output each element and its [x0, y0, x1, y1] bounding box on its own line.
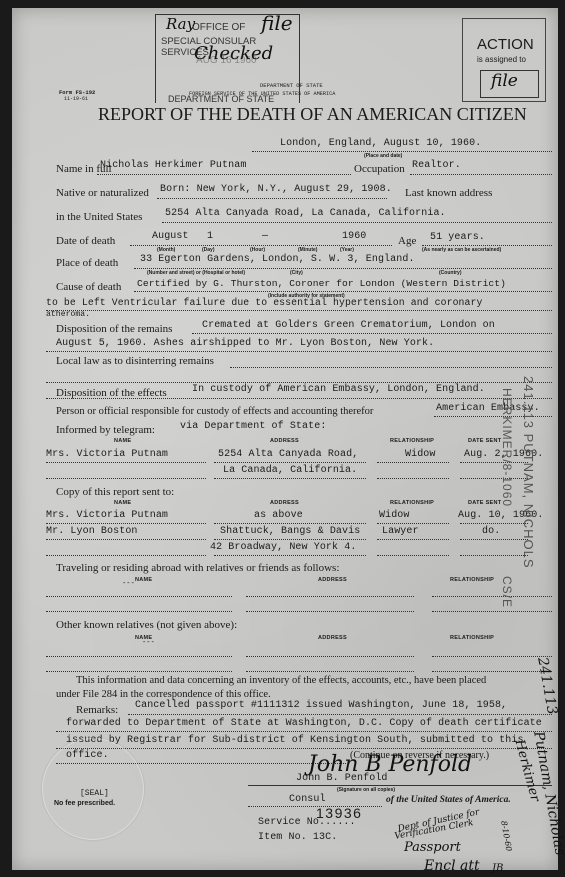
copy-name: Mr. Lyon Boston — [46, 526, 138, 537]
handwritten-checked: Checked — [194, 43, 273, 64]
copy-col-address: ADDRESS — [270, 500, 299, 506]
occupation-label: Occupation — [354, 163, 405, 175]
caption-street: (Number and street) or (Hospital or hote… — [147, 270, 245, 276]
consul-typed-name: John B. Penfold — [296, 773, 388, 784]
action-handwritten: file — [491, 71, 518, 91]
copy-name: Mrs. Victoria Putnam — [46, 510, 168, 521]
telegram-col-date: DATE SENT — [468, 438, 501, 444]
us-label: in the United States — [56, 211, 142, 223]
disposition-remains-line2: August 5, 1960. Ashes airshipped to Mr. … — [56, 338, 434, 349]
caption-age: (As nearly as can be ascertained) — [422, 247, 501, 253]
caption-day: (Day) — [202, 247, 215, 253]
copy-col-relationship: RELATIONSHIP — [390, 500, 434, 506]
handwritten-initials: JB — [492, 863, 503, 874]
other-col-relationship: RELATIONSHIP — [450, 635, 494, 641]
inventory-text-2: under File 284 in the correspondence of … — [56, 689, 271, 700]
other-col-address: ADDRESS — [318, 635, 347, 641]
traveling-col-name: NAME — [135, 577, 152, 583]
form-title: REPORT OF THE DEATH OF AN AMERICAN CITIZ… — [98, 104, 527, 125]
age-value: 51 years. — [430, 232, 485, 243]
place-of-death-value: 33 Egerton Gardens, London, S. W. 3, Eng… — [140, 254, 415, 265]
traveling-name-value: --- — [122, 580, 135, 588]
office-stamp: OFFICE OF SPECIAL CONSULAR SERVICES AUG … — [155, 14, 300, 103]
native-label: Native or naturalized — [56, 187, 149, 199]
informed-value: via Department of State: — [180, 421, 326, 432]
telegram-col-name: NAME — [114, 438, 131, 444]
place-date-value: London, England, August 10, 1960. — [280, 138, 481, 149]
disposition-remains-line1: Cremated at Golders Green Crematorium, L… — [202, 320, 495, 331]
occupation-value: Realtor. — [412, 160, 461, 171]
remarks-line3: issued by Registrar for Sub-district of … — [66, 735, 524, 746]
telegram-col-address: ADDRESS — [270, 438, 299, 444]
informed-label: Informed by telegram: — [56, 424, 155, 436]
place-of-death-label: Place of death — [56, 257, 118, 269]
death-month: August — [152, 231, 189, 242]
telegram-name: Mrs. Victoria Putnam — [46, 449, 168, 460]
form-revision: 11-19-61 — [64, 96, 88, 102]
place-date-caption: (Place and date) — [364, 153, 402, 159]
handwritten-vertical-date: 8-10-60 — [499, 820, 513, 852]
copy-col-date: DATE SENT — [468, 500, 501, 506]
other-relatives-label: Other known relatives (not given above): — [56, 619, 237, 631]
telegram-address: 5254 Alta Canyada Road, — [218, 449, 358, 460]
document-page: OFFICE OF SPECIAL CONSULAR SERVICES AUG … — [12, 8, 558, 870]
handwritten-file: file — [261, 11, 293, 35]
consul-suffix: of the United States of America. — [386, 795, 511, 805]
other-name-value: --- — [142, 639, 155, 647]
native-value: Born: New York, N.Y., August 29, 1908. — [160, 184, 392, 195]
signature-caption: (Signature on all copies) — [337, 787, 395, 793]
death-year: 1960 — [342, 231, 366, 242]
caption-country: (Country) — [439, 270, 462, 276]
copy-relationship: Lawyer — [382, 526, 419, 537]
copy-col-name: NAME — [114, 500, 131, 506]
disposition-effects-label: Disposition of the effects — [56, 387, 167, 399]
death-day: 1 — [207, 231, 213, 242]
cause-line3: atheroma. — [46, 310, 90, 319]
caption-minute: (Minute) — [298, 247, 317, 253]
cause-line2: to be Left Ventricular failure due to es… — [46, 297, 482, 308]
custody-label: Person or official responsible for custo… — [56, 406, 373, 417]
disposition-remains-label: Disposition of the remains — [56, 323, 172, 335]
item-label: Item No. 13C. — [258, 832, 337, 843]
remarks-label: Remarks: — [76, 704, 118, 716]
cause-label: Cause of death — [56, 281, 121, 293]
consul-title: Consul — [289, 794, 326, 805]
last-address-label: Last known address — [405, 187, 492, 199]
copy-address: 42 Broadway, New York 4. — [210, 542, 356, 553]
copy-relationship: Widow — [379, 510, 410, 521]
copy-date: do. — [482, 526, 500, 537]
action-stamp: ACTION is assigned to file — [462, 18, 546, 102]
traveling-label: Traveling or residing abroad with relati… — [56, 562, 339, 574]
us-address-value: 5254 Alta Canyada Road, La Canada, Calif… — [165, 208, 446, 219]
service-label: Service No...... — [258, 817, 356, 828]
caption-year: (Year) — [340, 247, 354, 253]
traveling-col-address: ADDRESS — [318, 577, 347, 583]
handwritten-ray: Ray — [166, 15, 195, 33]
action-subtitle: is assigned to — [477, 55, 526, 64]
remarks-line2: forwarded to Department of State at Wash… — [66, 718, 542, 729]
caption-hour: (Hour) — [250, 247, 265, 253]
seal-label: [SEAL] — [80, 789, 109, 798]
name-value: Nicholas Herkimer Putnam — [100, 160, 246, 171]
vertical-code-stamp: CS/E — [500, 576, 514, 608]
disposition-effects-value: In custody of American Embassy, London, … — [192, 384, 485, 395]
remarks-line1: Cancelled passport #1111312 issued Washi… — [135, 700, 507, 711]
caption-city: (City) — [290, 270, 303, 276]
copy-address: as above — [254, 510, 303, 521]
form-number: Form FS-192 — [59, 89, 95, 96]
action-title: ACTION — [477, 36, 534, 53]
telegram-address: La Canada, California. — [223, 465, 357, 476]
no-fee-label: No fee prescribed. — [54, 800, 115, 807]
handwritten-file-number: 241.113 — [534, 656, 560, 716]
department-of-state: DEPARTMENT OF STATE — [260, 82, 323, 89]
traveling-col-relationship: RELATIONSHIP — [450, 577, 494, 583]
vertical-file-stamp: 241.113 PUTNAM, NICHOLS — [521, 376, 536, 569]
caption-month: (Month) — [157, 247, 175, 253]
cause-line1: Certified by G. Thurston, Coroner for Lo… — [137, 278, 506, 289]
copy-address: Shattuck, Bangs & Davis — [220, 526, 360, 537]
telegram-col-relationship: RELATIONSHIP — [390, 438, 434, 444]
inventory-text-1: This information and data concerning an … — [76, 675, 486, 686]
foreign-service: FOREIGN SERVICE OF THE UNITED STATES OF … — [189, 91, 335, 97]
handwritten-note-4: Encl att — [424, 858, 480, 874]
stamp-office-of: OFFICE OF — [192, 22, 245, 33]
local-law-label: Local law as to disinterring remains — [56, 355, 214, 367]
copy-label: Copy of this report sent to: — [56, 486, 174, 498]
handwritten-note-3: Passport — [404, 840, 461, 855]
death-hour: — — [262, 231, 268, 242]
age-label: Age — [398, 235, 416, 247]
action-box: file — [480, 70, 539, 98]
telegram-relationship: Widow — [405, 449, 436, 460]
vertical-sub-stamp: HERKIMER/8-1060 — [500, 388, 514, 507]
date-of-death-label: Date of death — [56, 235, 115, 247]
